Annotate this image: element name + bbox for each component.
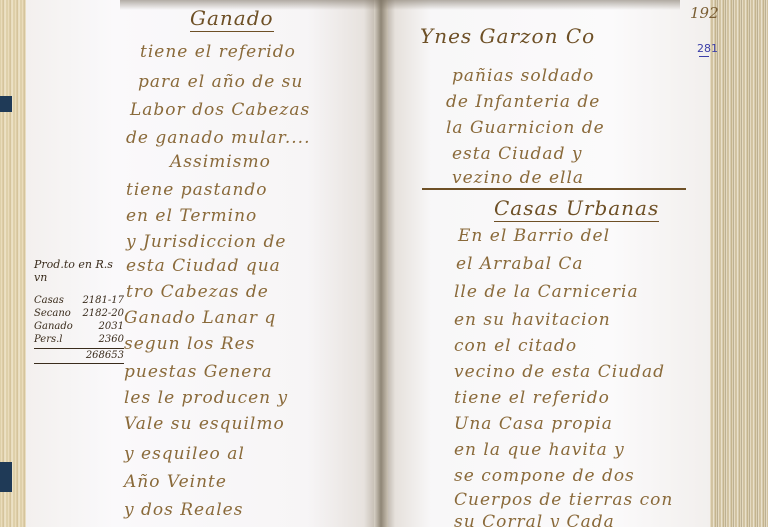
left-line: para el año de su	[138, 72, 303, 92]
left-line: Assimismo	[170, 152, 271, 172]
right-line: con el citado	[454, 336, 577, 356]
right-header-line: Ynes Garzon Co	[420, 24, 595, 48]
margin-total: 268653	[34, 348, 124, 361]
right-line: su Corral y Cada	[454, 512, 615, 527]
right-header-line: esta Ciudad y	[452, 144, 582, 164]
right-header-line: pañias soldado	[452, 66, 594, 86]
left-line: de ganado mular....	[126, 128, 310, 148]
left-line: en el Termino	[126, 206, 257, 226]
left-line: Labor dos Cabezas	[130, 100, 310, 120]
right-header-line: la Guarnicion de	[446, 118, 605, 138]
book-gutter	[374, 0, 388, 527]
stamp-underline	[699, 56, 709, 57]
margin-title: Prod.to en R.s vn	[34, 258, 124, 284]
left-line: puestas Genera	[124, 362, 273, 382]
right-line: el Arrabal Ca	[456, 254, 584, 274]
left-line: tiene pastando	[126, 180, 268, 200]
margin-value: 2031	[99, 320, 124, 333]
left-line: segun los Res	[124, 334, 255, 354]
left-line: tro Cabezas de	[126, 282, 269, 302]
margin-value: 2181-17	[82, 294, 124, 307]
margin-value: 2182-20	[82, 307, 124, 320]
margin-label: Ganado	[34, 320, 73, 333]
right-line: se compone de dos	[454, 466, 635, 486]
margin-summary: Prod.to en R.s vn Casas 2181-17 Secano 2…	[34, 258, 124, 364]
left-line: tiene el referido	[140, 42, 296, 62]
manuscript-scan: Ganado tiene el referido para el año de …	[0, 0, 768, 527]
archive-stamp: 281	[697, 42, 718, 55]
margin-row: Secano 2182-20	[34, 307, 124, 320]
margin-row: Pers.l 2360	[34, 333, 124, 346]
right-line: en la que havita y	[454, 440, 625, 460]
margin-label: Secano	[34, 307, 71, 320]
margin-value: 2360	[99, 333, 124, 346]
left-line: Vale su esquilmo	[124, 414, 285, 434]
folio-number: 192	[690, 4, 719, 22]
left-line: les le producen y	[124, 388, 288, 408]
left-line: esta Ciudad qua	[126, 256, 281, 276]
left-line: y esquileo al	[124, 444, 245, 464]
right-header-line: vezino de ella	[452, 168, 584, 188]
left-line: Ganado Lanar q	[124, 308, 276, 328]
left-line: y Jurisdiccion de	[126, 232, 286, 252]
right-line: en su havitacion	[454, 310, 611, 330]
left-line: Año Veinte	[124, 472, 227, 492]
right-line: tiene el referido	[454, 388, 610, 408]
right-line: Una Casa propia	[454, 414, 613, 434]
book-edge-left	[0, 0, 28, 527]
right-line: vecino de esta Ciudad	[454, 362, 665, 382]
margin-rule	[34, 363, 124, 364]
section-heading: Casas Urbanas	[494, 196, 659, 222]
margin-row: Casas 2181-17	[34, 294, 124, 307]
book-edge-right	[710, 0, 768, 527]
right-header-line: de Infanteria de	[446, 92, 600, 112]
left-line: y dos Reales	[124, 500, 243, 520]
margin-row: Ganado 2031	[34, 320, 124, 333]
section-rule	[422, 188, 686, 190]
left-heading: Ganado	[190, 6, 274, 32]
margin-label: Casas	[34, 294, 64, 307]
right-line: En el Barrio del	[458, 226, 610, 246]
binding-tab	[0, 462, 12, 492]
binding-tab	[0, 96, 12, 112]
right-line: Cuerpos de tierras con	[454, 490, 673, 510]
margin-label: Pers.l	[34, 333, 63, 346]
right-line: lle de la Carniceria	[454, 282, 639, 302]
